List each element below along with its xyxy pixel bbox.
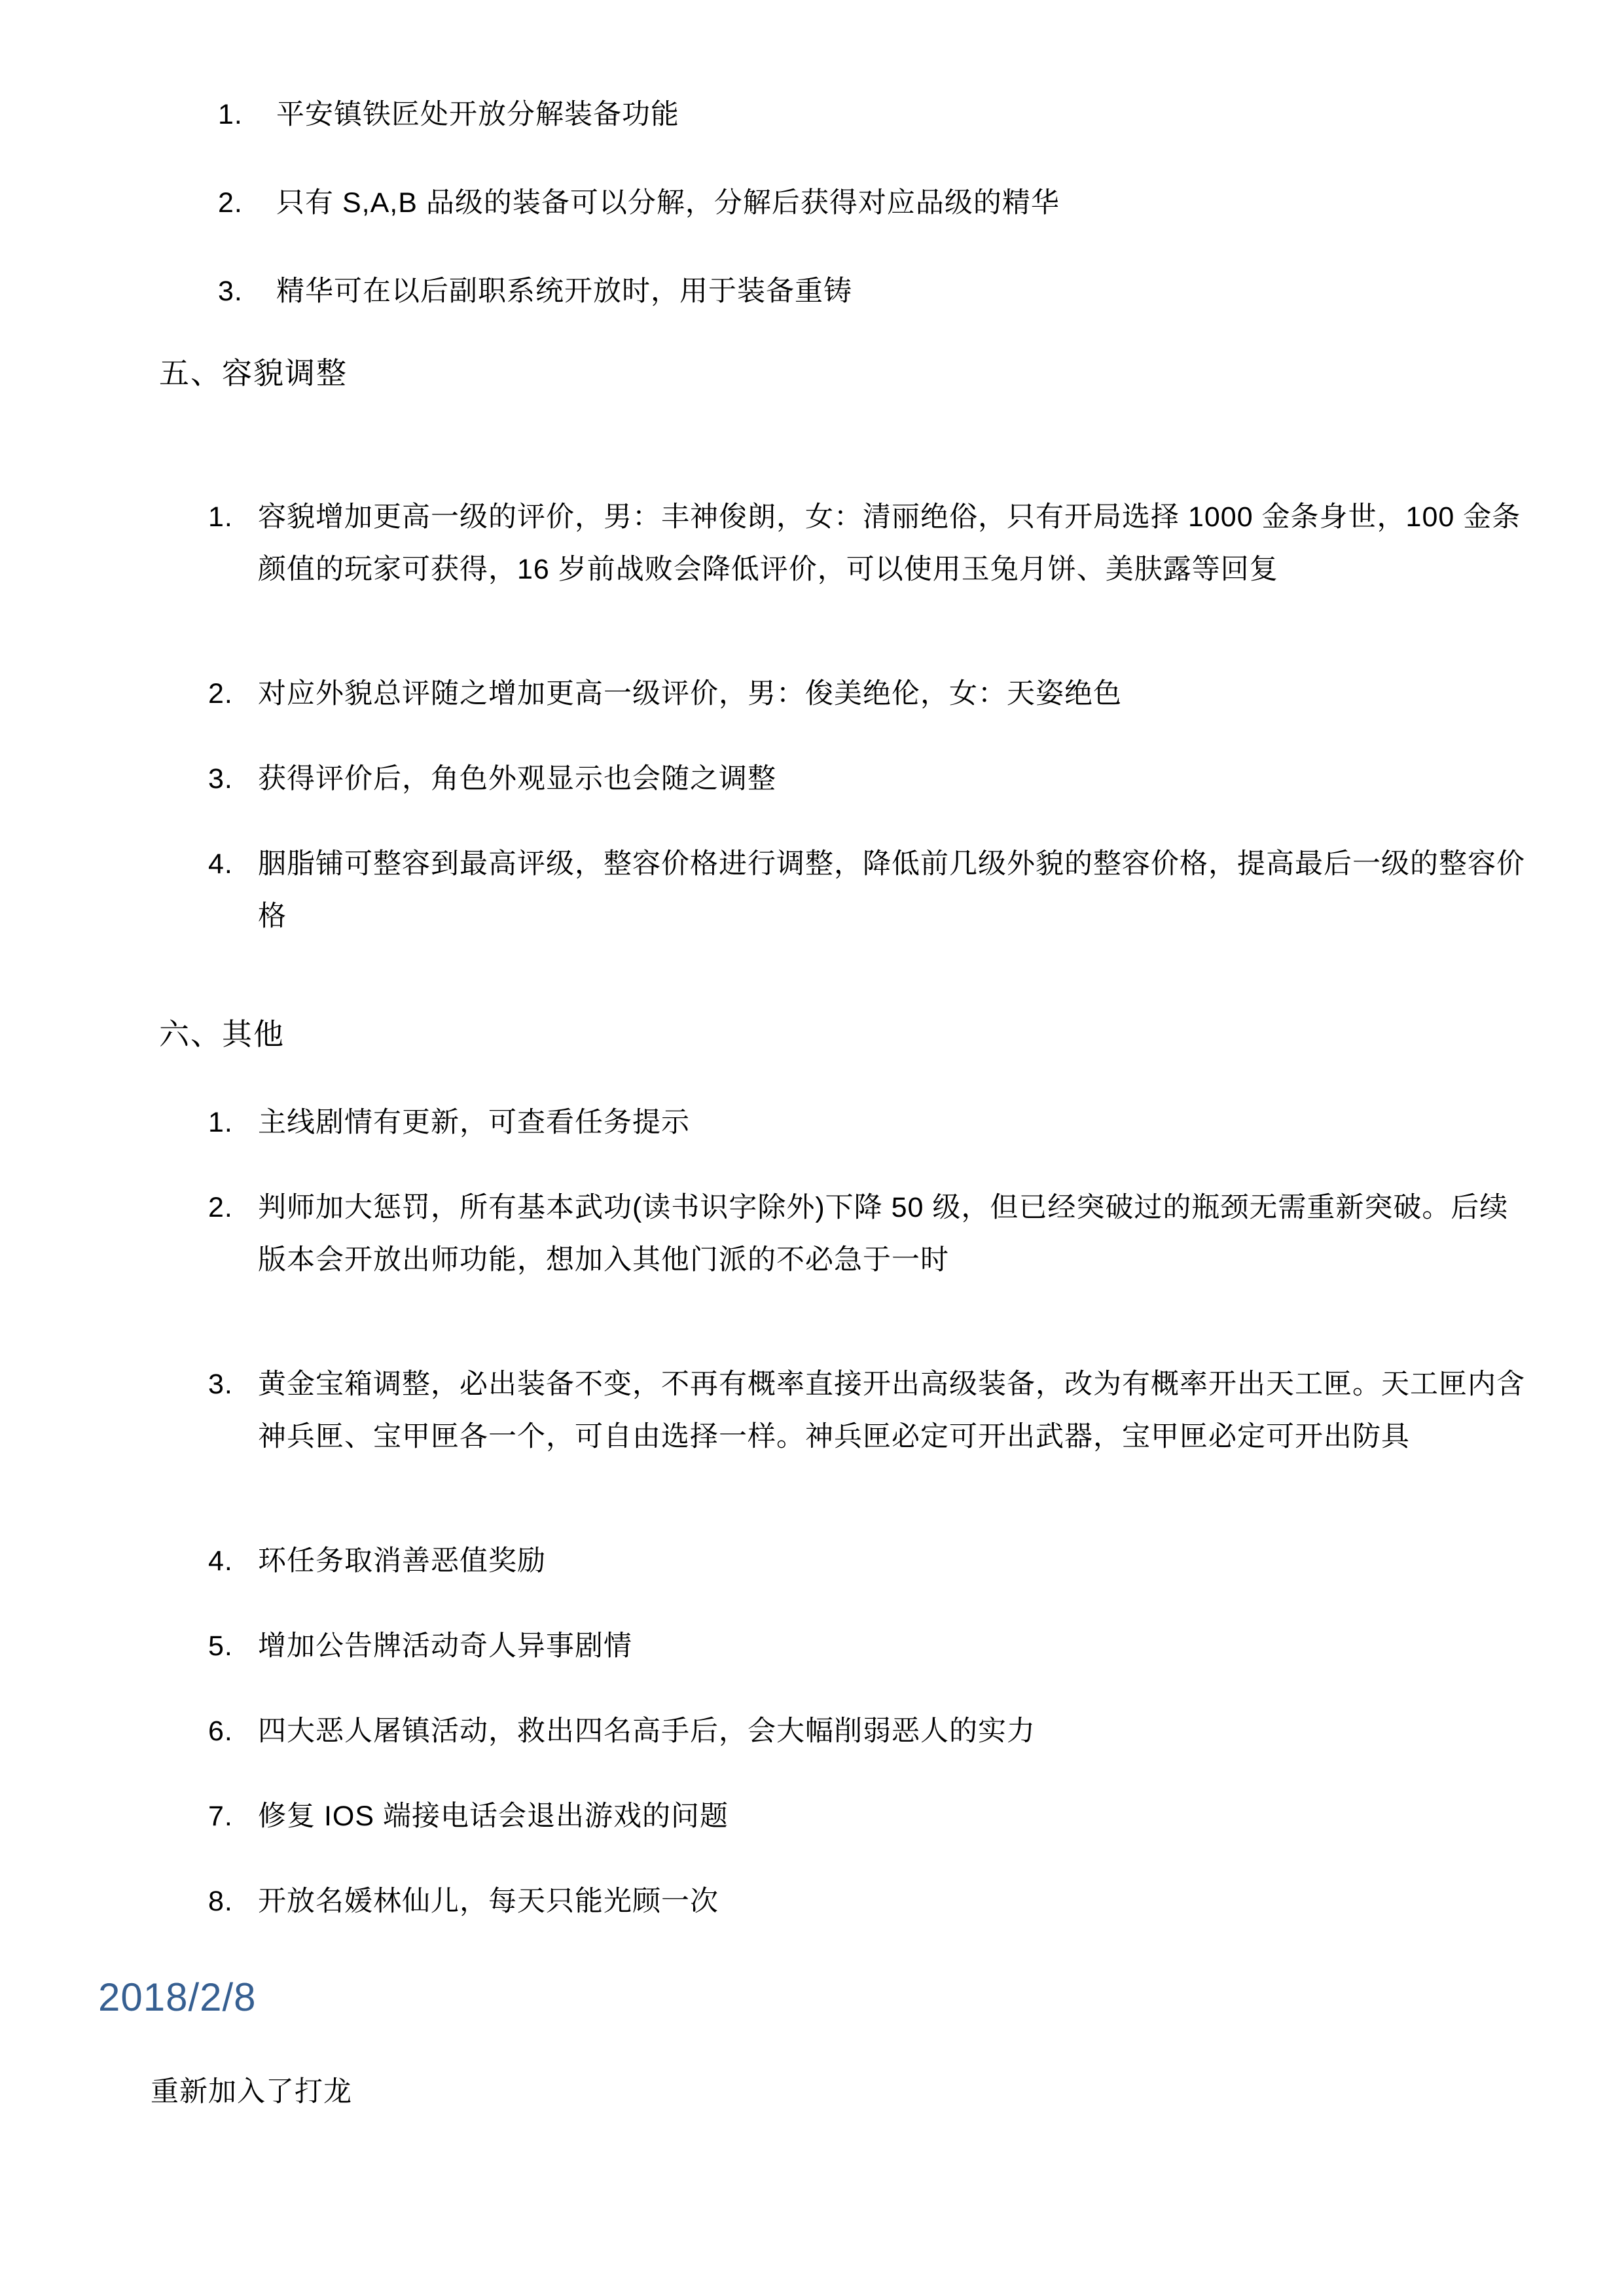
list-item: 7. 修复 IOS 端接电话会退出游戏的问题 [0,1790,1624,1842]
list-item-number: 2. [218,177,243,229]
list-item-text: 胭脂铺可整容到最高评级，整容价格进行调整，降低前几级外貌的整容价格，提高最后一级… [258,848,1525,932]
list-item-text: 修复 IOS 端接电话会退出游戏的问题 [258,1801,729,1832]
list-item-number: 4. [208,838,233,890]
list-item: 4. 环任务取消善恶值奖励 [0,1535,1624,1587]
list-item-number: 8. [208,1875,233,1928]
list-item-number: 1. [208,1096,233,1149]
list-item: 2. 判师加大惩罚，所有基本武功(读书识字除外)下降 50 级，但已经突破过的瓶… [0,1181,1624,1286]
list-item-text: 环任务取消善恶值奖励 [258,1545,546,1577]
list-item-text: 对应外貌总评随之增加更高一级评价，男：俊美绝伦，女：天姿绝色 [258,678,1122,709]
list-item-number: 5. [208,1620,233,1672]
list-item: 6. 四大恶人屠镇活动，救出四名高手后，会大幅削弱恶人的实力 [0,1705,1624,1757]
list-item-number: 3. [208,753,233,805]
list-item-text: 平安镇铁匠处开放分解装备功能 [276,99,679,130]
list-item-text: 容貌增加更高一级的评价，男：丰神俊朗，女：清丽绝俗，只有开局选择 1000 金条… [258,501,1521,585]
list-item: 3. 精华可在以后副职系统开放时，用于装备重铸 [0,265,1624,317]
intro-numbered-list: 1. 平安镇铁匠处开放分解装备功能 2. 只有 S,A,B 品级的装备可以分解，… [0,88,1624,317]
list-item: 1. 平安镇铁匠处开放分解装备功能 [0,88,1624,141]
list-item-number: 1. [208,491,233,543]
appearance-numbered-list: 1. 容貌增加更高一级的评价，男：丰神俊朗，女：清丽绝俗，只有开局选择 1000… [0,491,1624,942]
list-item-text: 只有 S,A,B 品级的装备可以分解，分解后获得对应品级的精华 [276,187,1060,219]
list-item-number: 7. [208,1790,233,1842]
list-item-number: 6. [208,1705,233,1757]
document-page: 1. 平安镇铁匠处开放分解装备功能 2. 只有 S,A,B 品级的装备可以分解，… [0,0,1624,2296]
list-item-text: 四大恶人屠镇活动，救出四名高手后，会大幅削弱恶人的实力 [258,1715,1036,1747]
list-item: 5. 增加公告牌活动奇人异事剧情 [0,1620,1624,1672]
list-item: 1. 主线剧情有更新，可查看任务提示 [0,1096,1624,1149]
list-item-text: 获得评价后，角色外观显示也会随之调整 [258,763,776,795]
list-item: 3. 获得评价后，角色外观显示也会随之调整 [0,753,1624,805]
list-item-number: 4. [208,1535,233,1587]
list-item-text: 主线剧情有更新，可查看任务提示 [258,1107,690,1138]
section-heading-appearance: 五、容貌调整 [159,353,1624,393]
list-item-number: 3. [218,265,243,317]
list-item: 1. 容貌增加更高一级的评价，男：丰神俊朗，女：清丽绝俗，只有开局选择 1000… [0,491,1624,596]
date-heading: 2018/2/8 [98,1973,1624,2022]
list-item: 4. 胭脂铺可整容到最高评级，整容价格进行调整，降低前几级外貌的整容价格，提高最… [0,838,1624,942]
list-item-text: 判师加大惩罚，所有基本武功(读书识字除外)下降 50 级，但已经突破过的瓶颈无需… [258,1192,1508,1276]
list-item-number: 1. [218,88,243,141]
list-item-text: 黄金宝箱调整，必出装备不变，不再有概率直接开出高级装备，改为有概率开出天工匣。天… [258,1369,1525,1452]
section-heading-others: 六、其他 [159,1014,1624,1054]
list-item: 8. 开放名媛林仙儿，每天只能光顾一次 [0,1875,1624,1928]
others-numbered-list: 1. 主线剧情有更新，可查看任务提示 2. 判师加大惩罚，所有基本武功(读书识字… [0,1096,1624,1928]
list-item-number: 3. [208,1358,233,1410]
list-item-text: 开放名媛林仙儿，每天只能光顾一次 [258,1886,719,1917]
list-item-number: 2. [208,668,233,720]
date-entry-text: 重新加入了打龙 [151,2073,1624,2111]
list-item-number: 2. [208,1181,233,1234]
list-item: 3. 黄金宝箱调整，必出装备不变，不再有概率直接开出高级装备，改为有概率开出天工… [0,1358,1624,1463]
list-item: 2. 只有 S,A,B 品级的装备可以分解，分解后获得对应品级的精华 [0,177,1624,229]
list-item-text: 精华可在以后副职系统开放时，用于装备重铸 [276,276,852,307]
list-item-text: 增加公告牌活动奇人异事剧情 [258,1630,632,1662]
list-item: 2. 对应外貌总评随之增加更高一级评价，男：俊美绝伦，女：天姿绝色 [0,668,1624,720]
